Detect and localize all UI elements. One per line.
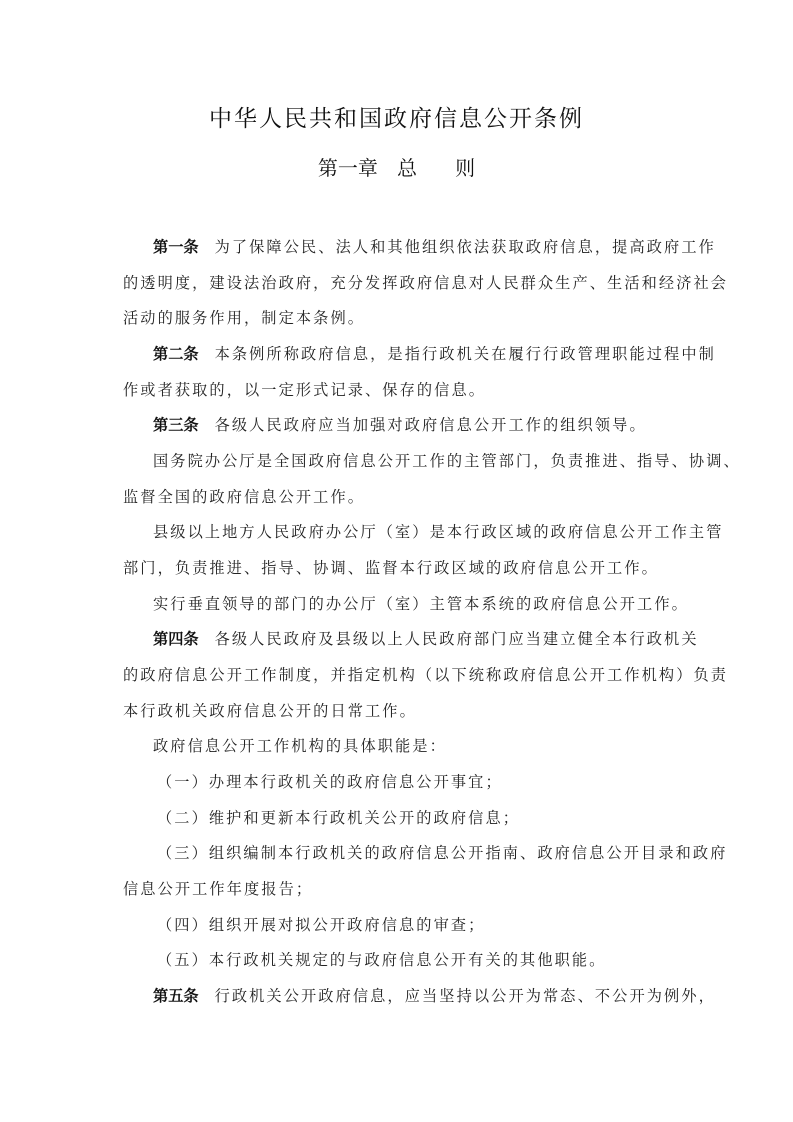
- list-item: （四）组织开展对拟公开政府信息的审查；: [157, 914, 485, 935]
- article-label: 第二条: [153, 345, 199, 363]
- paragraph-line: 本行政机关政府信息公开的日常工作。: [123, 700, 417, 721]
- article-1-line-1: 第一条为了保障公民、法人和其他组织依法获取政府信息，提高政府工作: [153, 236, 716, 257]
- paragraph-line: 监督全国的政府信息公开工作。: [123, 486, 365, 507]
- list-item: （三）组织编制本行政机关的政府信息公开指南、政府信息公开目录和政府: [157, 842, 728, 863]
- paragraph-line: 国务院办公厅是全国政府信息公开工作的主管部门，负责推进、指导、协调、: [153, 450, 741, 471]
- article-label: 第四条: [153, 630, 199, 648]
- article-2-line-2: 作或者获取的，以一定形式记录、保存的信息。: [123, 379, 486, 400]
- document-page: 中华人民共和国政府信息公开条例 第一章 总 则 第一条为了保障公民、法人和其他组…: [0, 0, 793, 1122]
- article-3-line-1: 第三条各级人民政府应当加强对政府信息公开工作的组织领导。: [153, 414, 647, 435]
- document-title: 中华人民共和国政府信息公开条例: [0, 100, 793, 133]
- paragraph-line: 政府信息公开工作机构的具体职能是：: [153, 735, 447, 756]
- article-1-line-3: 活动的服务作用，制定本条例。: [123, 307, 365, 328]
- list-item: （五）本行政机关规定的与政府信息公开有关的其他职能。: [157, 949, 606, 970]
- article-4-line-1: 第四条各级人民政府及县级以上人民政府部门应当建立健全本行政机关: [153, 628, 699, 649]
- list-item: （二）维护和更新本行政机关公开的政府信息；: [157, 807, 520, 828]
- article-1-line-2: 的透明度，建设法治政府，充分发挥政府信息对人民群众生产、生活和经济社会: [123, 272, 728, 293]
- list-item: （一）办理本行政机关的政府信息公开事宜；: [157, 771, 503, 792]
- paragraph-line: 部门，负责推进、指导、协调、监督本行政区域的政府信息公开工作。: [123, 557, 659, 578]
- paragraph-line: 实行垂直领导的部门的办公厅（室）主管本系统的政府信息公开工作。: [153, 593, 689, 614]
- list-item-continuation: 信息公开工作年度报告；: [123, 878, 313, 899]
- article-label: 第三条: [153, 416, 199, 434]
- article-2-line-1: 第二条本条例所称政府信息，是指行政机关在履行行政管理职能过程中制: [153, 343, 716, 364]
- paragraph-line: 县级以上地方人民政府办公厅（室）是本行政区域的政府信息公开工作主管: [153, 521, 724, 542]
- article-5-line-1: 第五条行政机关公开政府信息，应当坚持以公开为常态、不公开为例外，: [153, 985, 716, 1006]
- chapter-heading: 第一章 总 则: [0, 152, 793, 181]
- paragraph-line: 的政府信息公开工作制度，并指定机构（以下统称政府信息公开工作机构）负责: [123, 664, 728, 685]
- article-label: 第一条: [153, 238, 199, 256]
- article-label: 第五条: [153, 987, 199, 1005]
